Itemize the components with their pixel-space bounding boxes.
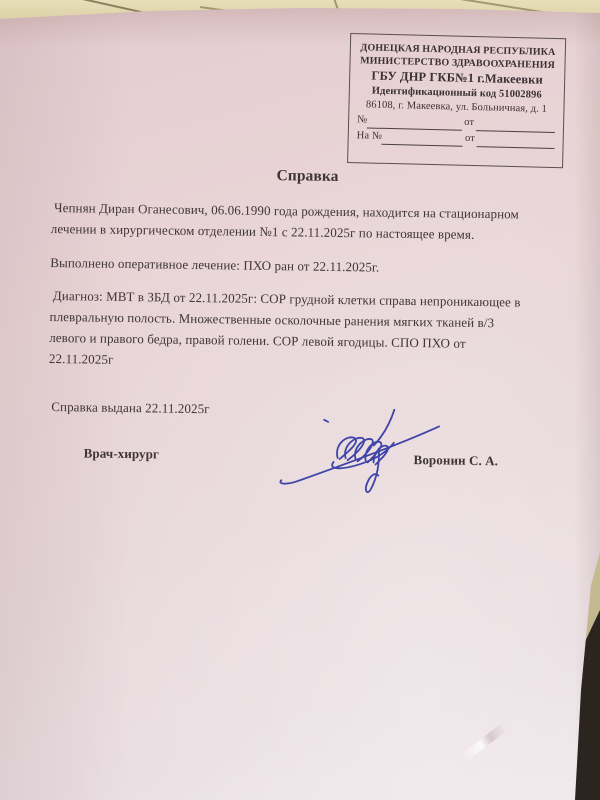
ot-label: от bbox=[463, 131, 477, 147]
paragraph-diagnosis: Диагноз: МВТ в ЗБД от 22.11.2025г: СОР г… bbox=[49, 285, 562, 376]
number-label: № bbox=[357, 112, 368, 128]
na-number-label: На № bbox=[357, 128, 383, 145]
document-paper: ДОНЕЦКАЯ НАРОДНАЯ РЕСПУБЛИКА МИНИСТЕРСТВ… bbox=[0, 0, 600, 800]
paragraph-patient: Чепнян Диран Оганесович, 06.06.1990 года… bbox=[51, 197, 564, 246]
signature-row: Врач-хирург Воронин С. А. bbox=[47, 437, 560, 544]
document-content: ДОНЕЦКАЯ НАРОДНАЯ РЕСПУБЛИКА МИНИСТЕРСТВ… bbox=[47, 0, 566, 544]
blank-line bbox=[382, 131, 463, 147]
paper-crease bbox=[456, 719, 512, 765]
doctor-role-label: Врач-хирург bbox=[84, 445, 160, 462]
blank-line bbox=[477, 133, 555, 149]
doctor-name-label: Воронин С. А. bbox=[413, 452, 498, 469]
ot-label: от bbox=[462, 115, 476, 131]
paragraph-treatment: Выполнено оперативное лечение: ПХО ран о… bbox=[50, 252, 562, 280]
document-text-line: Выполнено оперативное лечение: ПХО ран о… bbox=[50, 252, 562, 280]
letterhead-stamp-box: ДОНЕЦКАЯ НАРОДНАЯ РЕСПУБЛИКА МИНИСТЕРСТВ… bbox=[347, 33, 566, 168]
photo-background: ДОНЕЦКАЯ НАРОДНАЯ РЕСПУБЛИКА МИНИСТЕРСТВ… bbox=[0, 0, 600, 800]
document-title: Справка bbox=[51, 163, 563, 190]
blank-line bbox=[476, 117, 555, 133]
